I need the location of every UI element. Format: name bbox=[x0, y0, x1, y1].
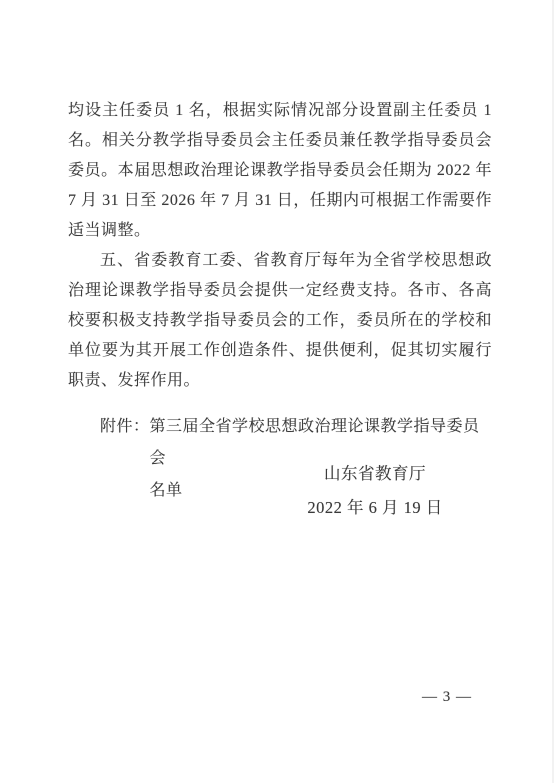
attachment-label: 附件： bbox=[100, 411, 150, 443]
page-number: — 3 — bbox=[422, 689, 472, 706]
body-paragraph-item-five: 五、省委教育工委、省教育厅每年为全省学校思想政治理论课教学指导委员会提供一定经费… bbox=[68, 246, 492, 396]
signature-date: 2022 年 6 月 19 日 bbox=[285, 491, 465, 525]
document-body: 均设主任委员 1 名，根据实际情况部分设置副主任委员 1 名。相关分教学指导委员… bbox=[68, 96, 492, 507]
document-page: 均设主任委员 1 名，根据实际情况部分设置副主任委员 1 名。相关分教学指导委员… bbox=[0, 0, 554, 783]
signature-issuer: 山东省教育厅 bbox=[285, 457, 465, 491]
signature-section: 山东省教育厅 2022 年 6 月 19 日 bbox=[285, 457, 465, 525]
body-paragraph-continuation: 均设主任委员 1 名，根据实际情况部分设置副主任委员 1 名。相关分教学指导委员… bbox=[68, 96, 492, 246]
